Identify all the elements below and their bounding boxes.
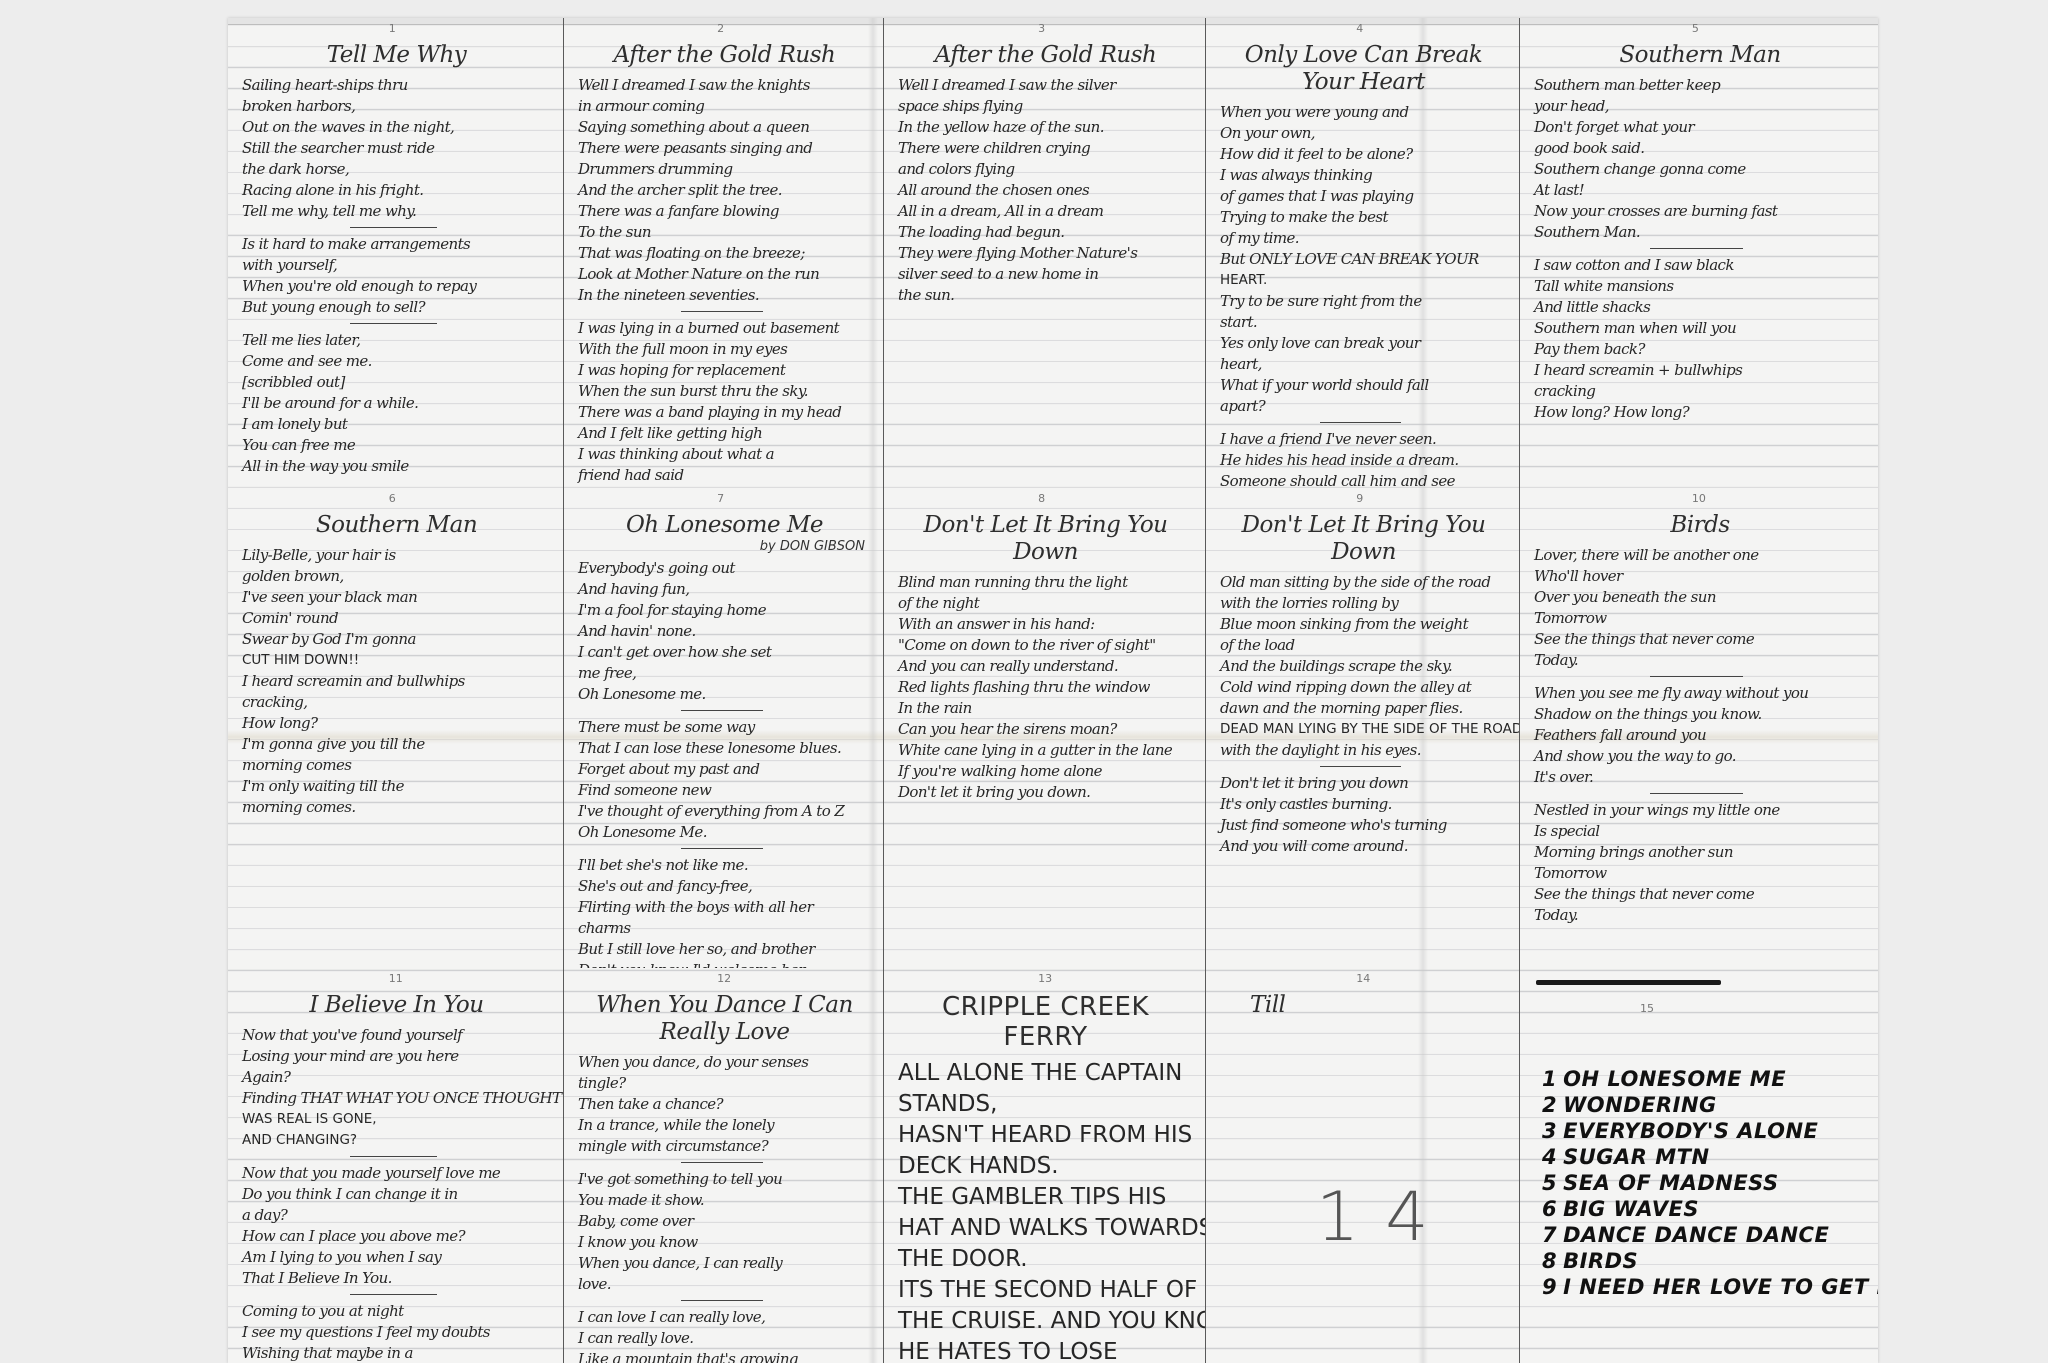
- lyric-line: Am I lying to you when I say: [242, 1247, 551, 1268]
- lyric-line: I can love I can really love,: [578, 1307, 871, 1328]
- lyric-line: See the things that never come: [1534, 884, 1866, 905]
- song-cell-14: 14Till14: [1206, 968, 1520, 1363]
- setlist: 1OH LONESOME ME2WONDERING3EVERYBODY'S AL…: [1542, 1066, 1878, 1300]
- lyric-line: Is it hard to make arrangements: [242, 234, 551, 255]
- setlist-item: 8BIRDS: [1542, 1248, 1878, 1274]
- verse-divider: [578, 843, 871, 855]
- setlist-item: 6BIG WAVES: [1542, 1196, 1878, 1222]
- song-number: 15: [1640, 1002, 1654, 1015]
- setlist-item-number: 9: [1542, 1275, 1557, 1299]
- lyric-line: That I Believe In You.: [242, 1268, 551, 1289]
- lyric-lines: Everybody's going outAnd having fun,I'm …: [578, 558, 871, 968]
- lyric-line: Don't forget what your: [1534, 117, 1866, 138]
- lyric-line: dawn and the morning paper flies.: [1220, 698, 1507, 719]
- lyric-line: Like a mountain that's growing: [578, 1349, 871, 1363]
- lyric-line: Do you think I can change it in: [242, 1184, 551, 1205]
- setlist-item: 5SEA OF MADNESS: [1542, 1170, 1878, 1196]
- lyric-line: [scribbled out]: [242, 372, 551, 393]
- lyric-line: morning comes.: [242, 797, 551, 818]
- lyric-line: Flirting with the boys with all her: [578, 897, 871, 918]
- lyric-line: Southern Man.: [1534, 222, 1866, 243]
- song-title: Only Love Can Break Your Heart: [1220, 42, 1507, 96]
- lyric-line: At last!: [1534, 180, 1866, 201]
- setlist-item-number: 8: [1542, 1249, 1557, 1273]
- lyric-line: Well I dreamed I saw the knights: [578, 75, 871, 96]
- lyric-line: ITS THE SECOND HALF OF: [898, 1275, 1193, 1306]
- song-title: Birds: [1534, 512, 1866, 539]
- setlist-item-number: 1: [1542, 1067, 1557, 1091]
- song-number: 5: [1692, 22, 1699, 35]
- lyric-line: AND CHANGING?: [242, 1130, 551, 1151]
- setlist-item-title: EVERYBODY'S ALONE: [1563, 1119, 1818, 1143]
- lyric-line: All in a dream, All in a dream: [898, 201, 1193, 222]
- song-number: 9: [1356, 492, 1363, 505]
- song-number: 3: [1038, 22, 1045, 35]
- lyric-line: silver seed to a new home in: [898, 264, 1193, 285]
- lyric-line: THE DOOR.: [898, 1244, 1193, 1275]
- lyric-line: Wishing that maybe in a: [242, 1343, 551, 1363]
- lyric-line: of my time.: [1220, 228, 1507, 249]
- lyric-line: Now that you've found yourself: [242, 1025, 551, 1046]
- song-number: 13: [1038, 972, 1052, 985]
- verse-divider: [242, 1151, 551, 1163]
- lyric-line: "Come on down to the river of sight": [898, 635, 1193, 656]
- song-number: 4: [1356, 22, 1363, 35]
- lyric-lines: Southern man better keepyour head,Don't …: [1534, 75, 1866, 423]
- lyric-line: start.: [1220, 312, 1507, 333]
- lyric-line: Southern change gonna come: [1534, 159, 1866, 180]
- lyric-line: If you're walking home alone: [898, 761, 1193, 782]
- lyric-line: All around the chosen ones: [898, 180, 1193, 201]
- setlist-item-number: 6: [1542, 1197, 1557, 1221]
- lyric-line: He hides his head inside a dream.: [1220, 450, 1507, 471]
- song-cell-1: 1Tell Me WhySailing heart-ships thrubrok…: [228, 18, 564, 488]
- lyric-line: But I still love her so, and brother: [578, 939, 871, 960]
- song-title: I Believe In You: [242, 992, 551, 1019]
- lyric-line: That was floating on the breeze;: [578, 243, 871, 264]
- lyric-line: In the rain: [898, 698, 1193, 719]
- lyric-line: Out on the waves in the night,: [242, 117, 551, 138]
- lyric-line: apart?: [1220, 396, 1507, 417]
- lyric-line: and colors flying: [898, 159, 1193, 180]
- lyric-line: of the night: [898, 593, 1193, 614]
- lyric-line: You can free me: [242, 435, 551, 456]
- verse-divider: [1220, 417, 1507, 429]
- lyric-line: Red lights flashing thru the window: [898, 677, 1193, 698]
- song-cell-3: 3After the Gold RushWell I dreamed I saw…: [884, 18, 1206, 488]
- lyric-line: How can I place you above me?: [242, 1226, 551, 1247]
- lyric-line: broken harbors,: [242, 96, 551, 117]
- song-byline: by DON GIBSON: [578, 539, 865, 554]
- lyric-line: Old man sitting by the side of the road: [1220, 572, 1507, 593]
- lyric-line: I heard screamin + bullwhips: [1534, 360, 1866, 381]
- song-number: 12: [717, 972, 731, 985]
- lyric-line: in armour coming: [578, 96, 871, 117]
- song-title: CRIPPLE CREEK FERRY: [898, 992, 1193, 1052]
- lyric-line: I know you know: [578, 1232, 871, 1253]
- song-title: After the Gold Rush: [578, 42, 871, 69]
- song-title: Tell Me Why: [242, 42, 551, 69]
- lyric-line: HAT AND WALKS TOWARDS: [898, 1213, 1193, 1244]
- lyric-line: With an answer in his hand:: [898, 614, 1193, 635]
- verse-divider: [1220, 761, 1507, 773]
- lyric-line: In the nineteen seventies.: [578, 285, 871, 306]
- lyric-line: THE CRUISE. AND YOU KNOW: [898, 1306, 1193, 1337]
- verse-divider: [1534, 788, 1866, 800]
- song-cell-13: 13CRIPPLE CREEK FERRYALL ALONE THE CAPTA…: [884, 968, 1206, 1363]
- lyric-line: To the sun: [578, 222, 871, 243]
- lyric-line: It's over.: [1534, 767, 1866, 788]
- lyric-line: And having fun,: [578, 579, 871, 600]
- verse-divider: [1534, 671, 1866, 683]
- lyric-line: your head,: [1534, 96, 1866, 117]
- lyric-line: Saying something about a queen: [578, 117, 871, 138]
- lyric-line: Tall white mansions: [1534, 276, 1866, 297]
- lyric-line: When you see me fly away without you: [1534, 683, 1866, 704]
- verse-divider: [578, 705, 871, 717]
- lyric-line: a day?: [242, 1205, 551, 1226]
- song-number: 6: [389, 492, 396, 505]
- lyric-line: I see my questions I feel my doubts: [242, 1322, 551, 1343]
- lyric-line: Blind man running thru the light: [898, 572, 1193, 593]
- lyric-line: Tomorrow: [1534, 863, 1866, 884]
- lyric-line: Who'll hover: [1534, 566, 1866, 587]
- setlist-item: 1OH LONESOME ME: [1542, 1066, 1878, 1092]
- lyric-line: I'll bet she's not like me.: [578, 855, 871, 876]
- lyric-line: Shadow on the things you know.: [1534, 704, 1866, 725]
- lyric-line: of games that I was playing: [1220, 186, 1507, 207]
- song-number: 11: [389, 972, 403, 985]
- lyric-lines: When you dance, do your sensestingle?The…: [578, 1052, 871, 1363]
- song-cell-5: 5Southern ManSouthern man better keepyou…: [1520, 18, 1878, 488]
- lyric-line: Trying to make the best: [1220, 207, 1507, 228]
- song-title: When You Dance I Can Really Love: [578, 992, 871, 1046]
- lyric-line: I'm a fool for staying home: [578, 600, 871, 621]
- lyric-line: And little shacks: [1534, 297, 1866, 318]
- lyric-line: All in the way you smile: [242, 456, 551, 477]
- setlist-item-number: 4: [1542, 1145, 1557, 1169]
- lyric-lines: When you were young andOn your own,How d…: [1220, 102, 1507, 488]
- song-number: 2: [717, 22, 724, 35]
- lyric-line: There must be some way: [578, 717, 871, 738]
- lyric-line: with the lorries rolling by: [1220, 593, 1507, 614]
- lyric-line: There was a fanfare blowing: [578, 201, 871, 222]
- lyric-line: Oh Lonesome Me.: [578, 822, 871, 843]
- lyric-line: I saw cotton and I saw black: [1534, 255, 1866, 276]
- verse-divider: [578, 1295, 871, 1307]
- lyric-line: Tell me why, tell me why.: [242, 201, 551, 222]
- lyric-line: Look at Mother Nature on the run: [578, 264, 871, 285]
- lyric-line: me free,: [578, 663, 871, 684]
- setlist-item: 4SUGAR MTN: [1542, 1144, 1878, 1170]
- lyric-line: Racing alone in his fright.: [242, 180, 551, 201]
- lyric-line: And the archer split the tree.: [578, 180, 871, 201]
- lyric-line: Now your crosses are burning fast: [1534, 201, 1866, 222]
- song-cell-7: 7Oh Lonesome Meby DON GIBSONEverybody's …: [564, 488, 884, 968]
- lyric-line: I heard screamin and bullwhips: [242, 671, 551, 692]
- lyric-line: HASN'T HEARD FROM HIS: [898, 1120, 1193, 1151]
- lyric-line: STANDS,: [898, 1089, 1193, 1120]
- lyric-line: good book said.: [1534, 138, 1866, 159]
- song-title: After the Gold Rush: [898, 42, 1193, 69]
- lyric-line: Over you beneath the sun: [1534, 587, 1866, 608]
- lyric-line: Finding THAT WHAT YOU ONCE THOUGHT: [242, 1088, 551, 1109]
- lyric-line: White cane lying in a gutter in the lane: [898, 740, 1193, 761]
- page-number-mark: 14: [1316, 1178, 1455, 1257]
- lyric-line: Southern man when will you: [1534, 318, 1866, 339]
- lyric-line: When you're old enough to repay: [242, 276, 551, 297]
- lyric-line: In the yellow haze of the sun.: [898, 117, 1193, 138]
- lyric-line: There was a band playing in my head: [578, 402, 871, 423]
- lyric-line: Just find someone who's turning: [1220, 815, 1507, 836]
- lyric-line: That I can lose these lonesome blues.: [578, 738, 871, 759]
- lyric-line: And you will come around.: [1220, 836, 1507, 857]
- song-number: 7: [717, 492, 724, 505]
- lyric-line: heart,: [1220, 354, 1507, 375]
- lyric-line: Today.: [1534, 650, 1866, 671]
- lyric-line: I've got something to tell you: [578, 1169, 871, 1190]
- lyric-line: I was lying in a burned out basement: [578, 318, 871, 339]
- lyric-line: I can't get over how she set: [578, 642, 871, 663]
- lyric-line: Tomorrow: [1534, 608, 1866, 629]
- setlist-item-title: SUGAR MTN: [1563, 1145, 1709, 1169]
- lyric-line: friend had said: [578, 465, 871, 486]
- lyric-line: Blue moon sinking from the weight: [1220, 614, 1507, 635]
- lyric-line: I've thought of everything from A to Z: [578, 801, 871, 822]
- verse-divider: [578, 1157, 871, 1169]
- setlist-item: 2WONDERING: [1542, 1092, 1878, 1118]
- lyric-line: Comin' round: [242, 608, 551, 629]
- lyric-line: love.: [578, 1274, 871, 1295]
- lyric-lines: Lover, there will be another oneWho'll h…: [1534, 545, 1866, 926]
- song-cell-8: 8Don't Let It Bring You DownBlind man ru…: [884, 488, 1206, 968]
- lyric-line: Someone should call him and see: [1220, 471, 1507, 488]
- lyric-lines: Well I dreamed I saw the silverspace shi…: [898, 75, 1193, 306]
- song-cell-11: 11I Believe In YouNow that you've found …: [228, 968, 564, 1363]
- setlist-item-number: 5: [1542, 1171, 1557, 1195]
- ink-bar: [1536, 980, 1721, 985]
- lyric-line: Still the searcher must ride: [242, 138, 551, 159]
- song-number: 8: [1038, 492, 1045, 505]
- song-cell-2: 2After the Gold RushWell I dreamed I saw…: [564, 18, 884, 488]
- lyric-line: And the buildings scrape the sky.: [1220, 656, 1507, 677]
- lyric-line: When you dance, I can really: [578, 1253, 871, 1274]
- lyric-line: cracking: [1534, 381, 1866, 402]
- lyric-line: I'm gonna give you till the: [242, 734, 551, 755]
- lyric-line: Well I dreamed I saw the silver: [898, 75, 1193, 96]
- lyric-line: I was always thinking: [1220, 165, 1507, 186]
- lyric-line: Come and see me.: [242, 351, 551, 372]
- lyric-line: How did it feel to be alone?: [1220, 144, 1507, 165]
- lyric-line: And show you the way to go.: [1534, 746, 1866, 767]
- lyric-sheet: 1Tell Me WhySailing heart-ships thrubrok…: [228, 18, 1878, 1363]
- setlist-item-title: WONDERING: [1563, 1093, 1717, 1117]
- song-cell-12: 12When You Dance I Can Really LoveWhen y…: [564, 968, 884, 1363]
- lyric-line: The loading had begun.: [898, 222, 1193, 243]
- lyric-line: It's only castles burning.: [1220, 794, 1507, 815]
- lyric-line: cracking,: [242, 692, 551, 713]
- setlist-item-title: OH LONESOME ME: [1563, 1067, 1786, 1091]
- lyric-line: I was hoping for replacement: [578, 360, 871, 381]
- lyric-line: I've seen your black man: [242, 587, 551, 608]
- lyric-line: Oh Lonesome me.: [578, 684, 871, 705]
- lyric-line: the dark horse,: [242, 159, 551, 180]
- lyric-line: Find someone new: [578, 780, 871, 801]
- lyric-line: With the full moon in my eyes: [578, 339, 871, 360]
- lyric-line: THE GAMBLER TIPS HIS: [898, 1182, 1193, 1213]
- lyric-line: DEAD MAN LYING BY THE SIDE OF THE ROAD: [1220, 719, 1507, 740]
- lyric-line: Don't you know I'd welcome her: [578, 960, 871, 968]
- lyric-line: mingle with circumstance?: [578, 1136, 871, 1157]
- song-number: 1: [389, 22, 396, 35]
- lyric-line: When the sun burst thru the sky.: [578, 381, 871, 402]
- lyric-line: I'll be around for a while.: [242, 393, 551, 414]
- song-cell-9: 9Don't Let It Bring You DownOld man sitt…: [1206, 488, 1520, 968]
- lyric-line: And you can really understand.: [898, 656, 1193, 677]
- setlist-item: 7DANCE DANCE DANCE: [1542, 1222, 1878, 1248]
- lyric-line: Yes only love can break your: [1220, 333, 1507, 354]
- lyric-lines: Well I dreamed I saw the knightsin armou…: [578, 75, 871, 488]
- lyric-lines: Old man sitting by the side of the roadw…: [1220, 572, 1507, 857]
- lyric-line: When you were young and: [1220, 102, 1507, 123]
- lyric-line: And I felt like getting high: [578, 423, 871, 444]
- lyric-line: Drummers drumming: [578, 159, 871, 180]
- lyric-line: CUT HIM DOWN!!: [242, 650, 551, 671]
- lyric-line: What if your world should fall: [1220, 375, 1507, 396]
- lyric-lines: Lily-Belle, your hair isgolden brown,I'v…: [242, 545, 551, 818]
- lyric-line: golden brown,: [242, 566, 551, 587]
- lyric-line: See the things that never come: [1534, 629, 1866, 650]
- lyric-line: Tell me lies later,: [242, 330, 551, 351]
- lyric-line: Try to be sure right from the: [1220, 291, 1507, 312]
- lyric-line: How long? How long?: [1534, 402, 1866, 423]
- song-cell-10: 10BirdsLover, there will be another oneW…: [1520, 488, 1878, 968]
- setlist-item-number: 2: [1542, 1093, 1557, 1117]
- lyric-line: I have a friend I've never seen.: [1220, 429, 1507, 450]
- lyric-line: Morning brings another sun: [1534, 842, 1866, 863]
- setlist-item-title: SEA OF MADNESS: [1563, 1171, 1779, 1195]
- lyric-line: DECK HANDS.: [898, 1151, 1193, 1182]
- setlist-item-title: I NEED HER LOVE TO GET BY: [1563, 1275, 1878, 1299]
- lyric-line: of the load: [1220, 635, 1507, 656]
- lyric-line: with the daylight in his eyes.: [1220, 740, 1507, 761]
- lyric-line: They were flying Mother Nature's: [898, 243, 1193, 264]
- lyric-line: with yourself,: [242, 255, 551, 276]
- lyric-line: tingle?: [578, 1073, 871, 1094]
- lyric-line: I'm only waiting till the: [242, 776, 551, 797]
- lyric-line: Losing your mind are you here: [242, 1046, 551, 1067]
- lyric-line: Sailing heart-ships thru: [242, 75, 551, 96]
- lyric-line: How long?: [242, 713, 551, 734]
- lyric-line: Nestled in your wings my little one: [1534, 800, 1866, 821]
- lyric-line: Baby, come over: [578, 1211, 871, 1232]
- lyric-line: There were peasants singing and: [578, 138, 871, 159]
- lyric-line: morning comes: [242, 755, 551, 776]
- lyric-line: Today.: [1534, 905, 1866, 926]
- song-cell-4: 4Only Love Can Break Your HeartWhen you …: [1206, 18, 1520, 488]
- song-title: Don't Let It Bring You Down: [1220, 512, 1507, 566]
- setlist-item-number: 7: [1542, 1223, 1557, 1247]
- lyric-line: Coming to you at night: [242, 1301, 551, 1322]
- setlist-item-number: 3: [1542, 1119, 1557, 1143]
- lyric-lines: Now that you've found yourselfLosing you…: [242, 1025, 551, 1363]
- song-cell-6: 6Southern ManLily-Belle, your hair isgol…: [228, 488, 564, 968]
- lyric-line: Don't let it bring you down.: [898, 782, 1193, 803]
- verse-divider: [242, 222, 551, 234]
- lyric-line: WAS REAL IS GONE,: [242, 1109, 551, 1130]
- lyric-line: Swear by God I'm gonna: [242, 629, 551, 650]
- lyric-line: Then take a chance?: [578, 1094, 871, 1115]
- song-title: Don't Let It Bring You Down: [898, 512, 1193, 566]
- lyric-line: In a trance, while the lonely: [578, 1115, 871, 1136]
- lyric-line: charms: [578, 918, 871, 939]
- lyric-line: Feathers fall around you: [1534, 725, 1866, 746]
- lyric-line: space ships flying: [898, 96, 1193, 117]
- lyric-line: And havin' none.: [578, 621, 871, 642]
- lyric-line: ALL ALONE THE CAPTAIN: [898, 1058, 1193, 1089]
- lyric-line: the sun.: [898, 285, 1193, 306]
- lyric-line: You made it show.: [578, 1190, 871, 1211]
- setlist-item-title: DANCE DANCE DANCE: [1563, 1223, 1829, 1247]
- verse-divider: [1534, 243, 1866, 255]
- setlist-item: 3EVERYBODY'S ALONE: [1542, 1118, 1878, 1144]
- song-title: Oh Lonesome Me: [578, 512, 871, 539]
- lyric-lines: ALL ALONE THE CAPTAINSTANDS,HASN'T HEARD…: [898, 1058, 1193, 1363]
- song-title: Southern Man: [242, 512, 551, 539]
- lyric-line: Lily-Belle, your hair is: [242, 545, 551, 566]
- lyric-line: Don't let it bring you down: [1220, 773, 1507, 794]
- lyric-line: Pay them back?: [1534, 339, 1866, 360]
- lyric-line: I am lonely but: [242, 414, 551, 435]
- lyric-line: Now that you made yourself love me: [242, 1163, 551, 1184]
- setlist-item-title: BIRDS: [1563, 1249, 1638, 1273]
- lyric-line: I was thinking about what a: [578, 444, 871, 465]
- lyric-line: But ONLY LOVE CAN BREAK YOUR: [1220, 249, 1507, 270]
- lyric-line: Forget about my past and: [578, 759, 871, 780]
- lyric-line: Southern man better keep: [1534, 75, 1866, 96]
- lyric-line: Lover, there will be another one: [1534, 545, 1866, 566]
- lyric-line: She's out and fancy-free,: [578, 876, 871, 897]
- song-number: 10: [1692, 492, 1706, 505]
- song-title: Southern Man: [1534, 42, 1866, 69]
- lyric-line: There were children crying: [898, 138, 1193, 159]
- lyric-lines: Blind man running thru the lightof the n…: [898, 572, 1193, 803]
- setlist-item-title: BIG WAVES: [1563, 1197, 1699, 1221]
- lyric-line: Is special: [1534, 821, 1866, 842]
- lyric-line: When you dance, do your senses: [578, 1052, 871, 1073]
- song-title: Till: [1250, 992, 1507, 1019]
- lyric-line: I can really love.: [578, 1328, 871, 1349]
- setlist-item: 9I NEED HER LOVE TO GET BY: [1542, 1274, 1878, 1300]
- lyric-line: Cold wind ripping down the alley at: [1220, 677, 1507, 698]
- verse-divider: [578, 306, 871, 318]
- song-cell-15: 151OH LONESOME ME2WONDERING3EVERYBODY'S …: [1520, 968, 1878, 1363]
- lyric-line: Can you hear the sirens moan?: [898, 719, 1193, 740]
- lyric-lines: Sailing heart-ships thrubroken harbors,O…: [242, 75, 551, 477]
- lyric-line: HEART.: [1220, 270, 1507, 291]
- lyric-line: Everybody's going out: [578, 558, 871, 579]
- verse-divider: [242, 1289, 551, 1301]
- lyric-line: On your own,: [1220, 123, 1507, 144]
- lyric-line: HE HATES TO LOSE: [898, 1337, 1193, 1363]
- lyric-line: Again?: [242, 1067, 551, 1088]
- lyric-line: But young enough to sell?: [242, 297, 551, 318]
- song-number: 14: [1356, 972, 1370, 985]
- lyric-grid: 1Tell Me WhySailing heart-ships thrubrok…: [228, 18, 1878, 1363]
- verse-divider: [242, 318, 551, 330]
